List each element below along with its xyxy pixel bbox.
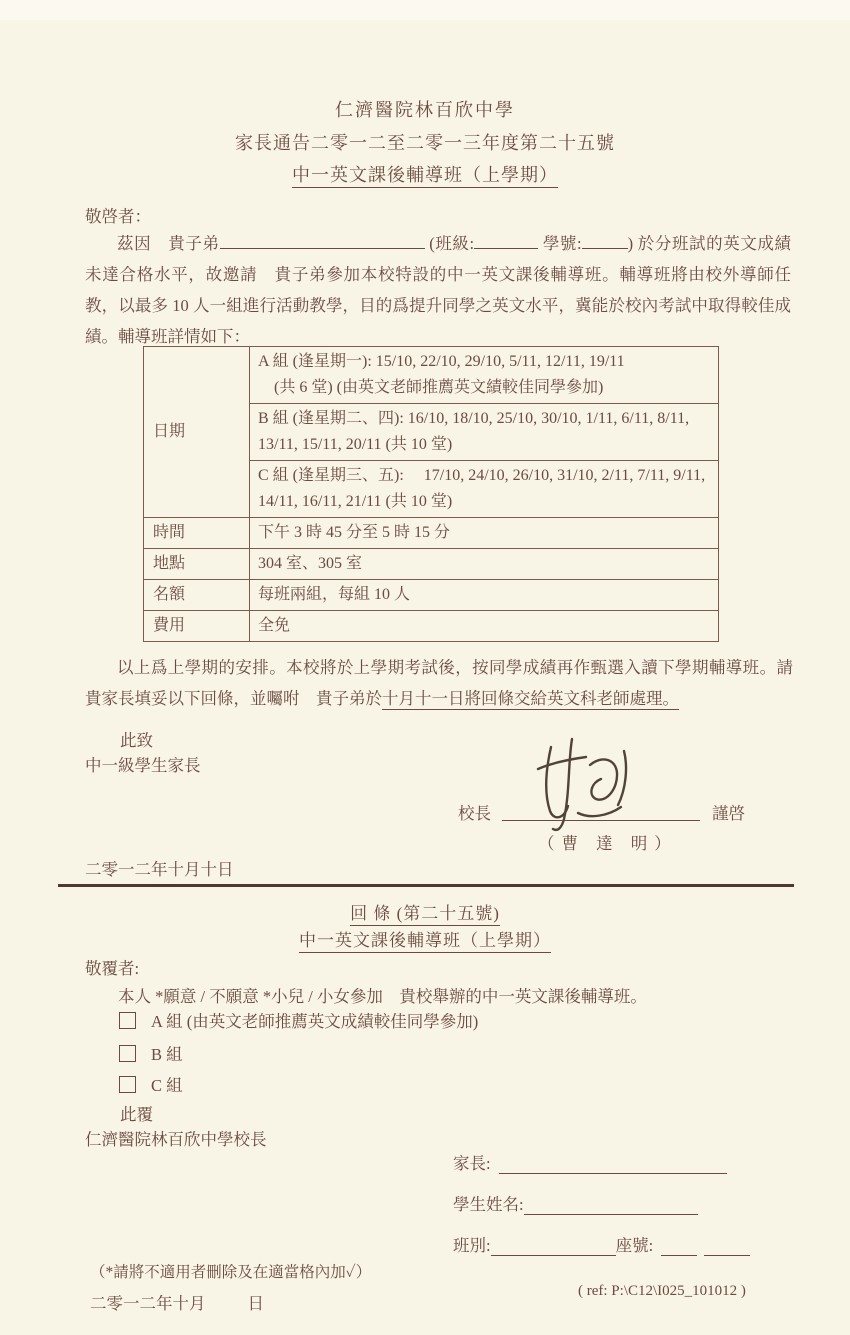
reply-salutation: 敬覆者: [85, 955, 139, 979]
class-seat-field: 班別: 座號: [453, 1232, 750, 1256]
notice-subject-row: 中一英文課後輔導班（上學期） [0, 161, 850, 187]
student-name-blank [220, 233, 425, 249]
signature-line [502, 780, 700, 821]
student-number-blank [582, 233, 628, 249]
option-a-row: A 組 (由英文老師推薦英文成績較佳同學參加) [119, 1008, 478, 1032]
table-row: 地點 304 室、305 室 [144, 549, 719, 580]
p1-lead-text: 茲因 貴子弟 [117, 234, 220, 253]
scan-edge-strip [0, 0, 850, 20]
class-label: 班別: [453, 1232, 491, 1256]
class-blank [474, 233, 538, 249]
tear-off-divider [58, 884, 794, 887]
p2-underlined-deadline: 十月十一日將回條交給英文科老師處理。 [382, 689, 679, 710]
table-value-time: 下午 3 時 45 分至 5 時 15 分 [250, 518, 719, 549]
group-c-dates: C 組 (逢星期三、五): 17/10, 24/10, 26/10, 31/10… [250, 461, 719, 518]
principal-label: 校長 [458, 800, 491, 824]
option-b-label: B 組 [151, 1041, 183, 1065]
notice-subject: 中一英文課後輔導班（上學期） [292, 165, 558, 188]
intro-paragraph: 茲因 貴子弟 (班級: 學號:) 於分班試的英文成績未達合格水平，故邀請 貴子弟… [85, 228, 791, 352]
student-name-label: 學生姓名: [453, 1191, 524, 1215]
p1-class-label: (班級: [429, 234, 474, 253]
option-c-label: C 組 [151, 1072, 183, 1096]
group-b-dates: B 組 (逢星期二、四): 16/10, 18/10, 25/10, 30/10… [250, 404, 719, 461]
this-to-text: 此致 [120, 727, 153, 751]
reply-title-row: 回 條 (第二十五號) [0, 899, 850, 924]
checkbox-group-b [119, 1045, 136, 1062]
table-label-quota: 名額 [144, 580, 250, 611]
footnote: （*請將不適用者刪除及在適當格內加✓） [90, 1260, 371, 1282]
reply-addressee: 仁濟醫院林百欣中學校長 [85, 1126, 267, 1150]
reply-subtitle-row: 中一英文課後輔導班（上學期） [0, 926, 850, 951]
school-name: 仁濟醫院林百欣中學 [0, 96, 850, 122]
table-row: 名額 每班兩組，每組 10 人 [144, 580, 719, 611]
principal-name: （曹 達 明） [538, 830, 678, 854]
reply-title: 回 條 (第二十五號) [350, 904, 500, 926]
seat-label: 座號: [616, 1232, 654, 1256]
notice-date: 二零一二年十月十日 [85, 856, 234, 880]
table-row: 費用 全免 [144, 611, 719, 642]
checkbox-group-a [119, 1012, 136, 1029]
table-label-venue: 地點 [144, 549, 250, 580]
reply-date-prefix: 二零一二年十月 [90, 1290, 206, 1314]
this-reply-text: 此覆 [120, 1101, 153, 1125]
student-name-field: 學生姓名: [453, 1191, 698, 1215]
reply-subtitle: 中一英文課後輔導班（上學期） [299, 931, 551, 953]
group-a-dates: A 組 (逢星期一): 15/10, 22/10, 29/10, 5/11, 1… [250, 347, 719, 404]
table-value-fee: 全免 [250, 611, 719, 642]
circular-number: 家長通告二零一二至二零一三年度第二十五號 [0, 129, 850, 155]
reply-date-row: 二零一二年十月 日 [90, 1290, 264, 1314]
table-value-venue: 304 室、305 室 [250, 549, 719, 580]
closing-paragraph: 以上爲上學期的安排。本校將於上學期考試後，按同學成績再作甄選入讀下學期輔導班。請… [85, 652, 793, 714]
reply-date-suffix: 日 [248, 1290, 265, 1314]
table-row: 時間 下午 3 時 45 分至 5 時 15 分 [144, 518, 719, 549]
parent-label: 家長: [453, 1150, 491, 1174]
reply-statement: 本人 *願意 / 不願意 *小兒 / 小女參加 貴校舉辦的中一英文課後輔導班。 [118, 983, 647, 1007]
table-value-quota: 每班兩組，每組 10 人 [250, 580, 719, 611]
checkbox-group-c [119, 1076, 136, 1093]
details-table: 日期 A 組 (逢星期一): 15/10, 22/10, 29/10, 5/11… [143, 346, 719, 642]
scanned-notice-page: 仁濟醫院林百欣中學 家長通告二零一二至二零一三年度第二十五號 中一英文課後輔導班… [0, 0, 850, 1335]
student-name-blank-line [524, 1198, 698, 1215]
parent-signature-field: 家長: [453, 1150, 727, 1174]
salutation: 敬啓者： [85, 203, 151, 227]
option-b-row: B 組 [119, 1041, 183, 1065]
table-label-fee: 費用 [144, 611, 250, 642]
option-c-row: C 組 [119, 1072, 183, 1096]
respect-text: 謹啓 [712, 800, 745, 824]
seat-blank-line-1 [661, 1239, 697, 1256]
table-label-time: 時間 [144, 518, 250, 549]
p1-number-label: 學號: [543, 234, 582, 253]
table-label-date: 日期 [144, 347, 250, 518]
reply-date-day-blank [206, 1290, 248, 1314]
reference-code: ( ref: P:\C12\I025_101012 ) [578, 1283, 746, 1300]
recipient-text: 中一級學生家長 [85, 752, 201, 776]
class-blank-line [491, 1239, 616, 1256]
option-a-label: A 組 (由英文老師推薦英文成績較佳同學參加) [151, 1008, 478, 1032]
seat-blank-line-2 [704, 1239, 750, 1256]
table-row: 日期 A 組 (逢星期一): 15/10, 22/10, 29/10, 5/11… [144, 347, 719, 404]
parent-signature-blank [499, 1157, 727, 1174]
